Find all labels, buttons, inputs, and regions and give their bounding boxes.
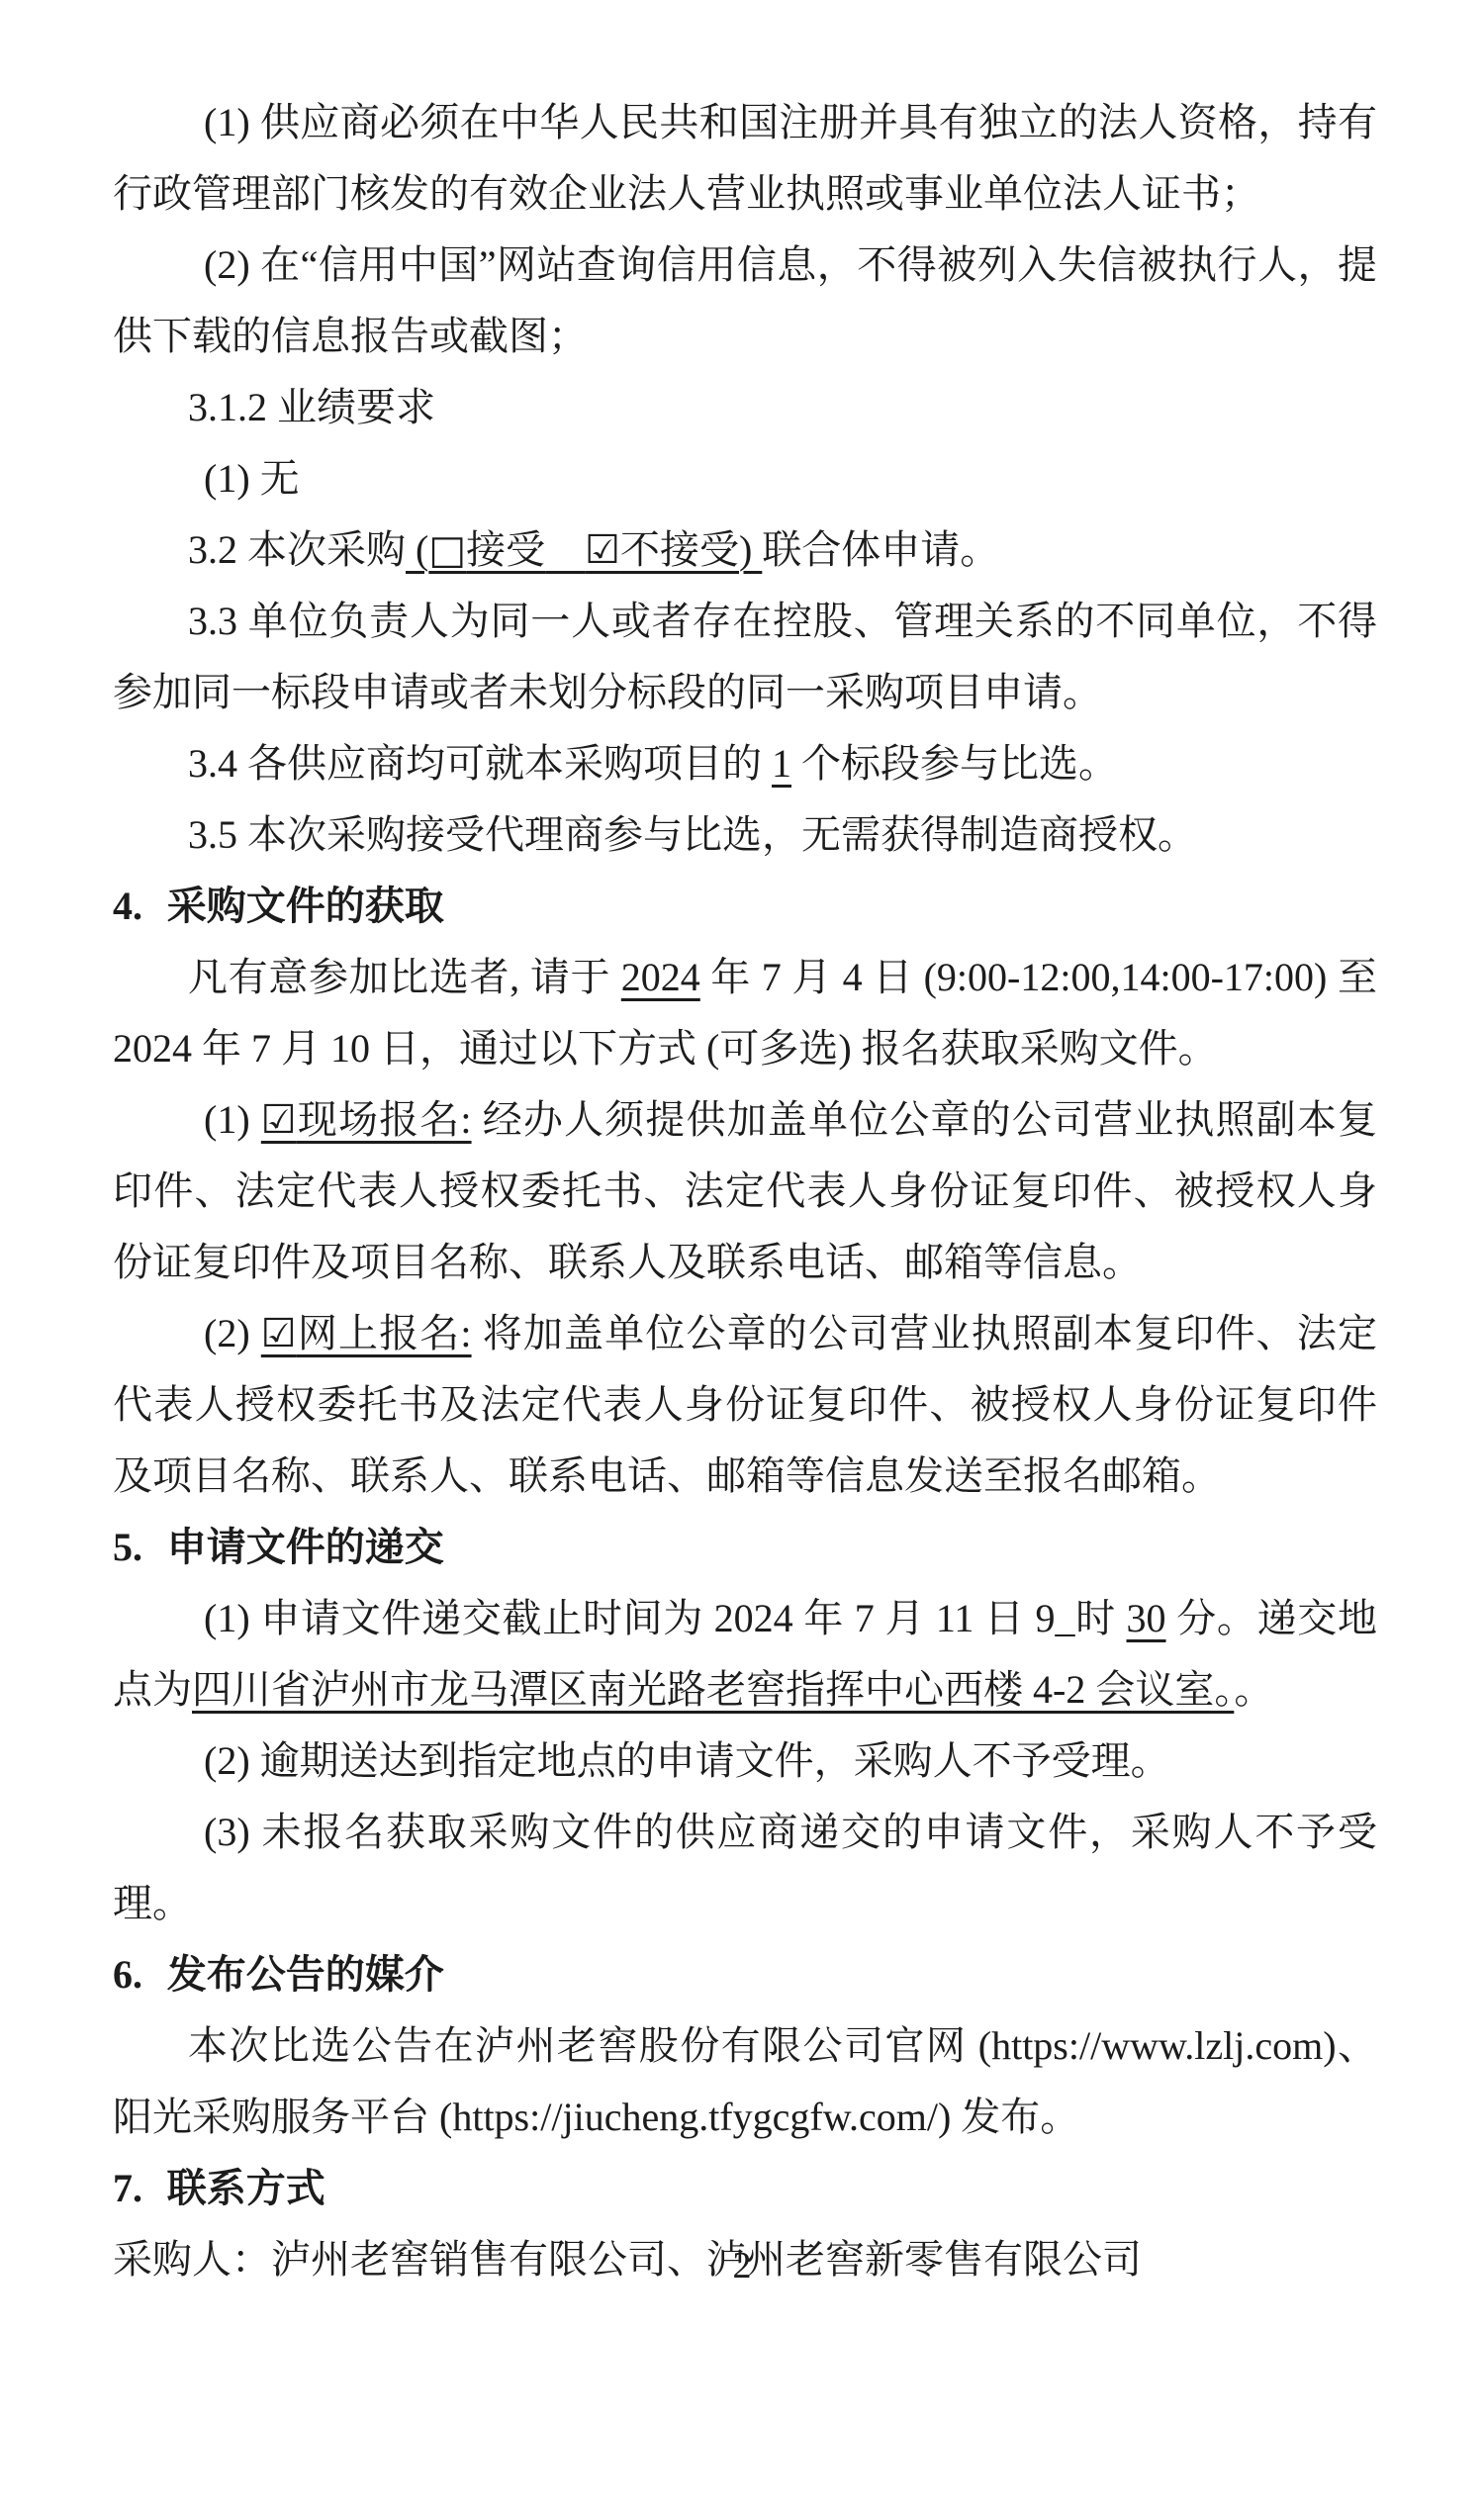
document-body: (1) 供应商必须在中华人民共和国注册并具有独立的法人资格，持有行政管理部门核发…: [113, 87, 1377, 2295]
close-paren: ): [739, 527, 762, 572]
onsite-registration-label: 现场报名:: [297, 1097, 472, 1142]
clause-3-4-suffix: 个标段参与比选。: [791, 741, 1118, 786]
clause-5-deadline-and-location: (1) 申请文件递交截止时间为 2024 年 7 月 11 日 9_时 30 分…: [113, 1583, 1377, 1725]
minute-underlined: 30: [1127, 1596, 1166, 1640]
section-5-number: 5.: [113, 1525, 142, 1569]
unchecked-checkbox-icon: □: [428, 527, 466, 573]
section-4-number: 4.: [113, 884, 142, 928]
section-4-heading: 4.采购文件的获取: [113, 871, 1377, 942]
page-number: 2: [0, 2244, 1484, 2287]
clause-4-onsite-registration: (1) ☑现场报名: 经办人须提供加盖单位公章的公司营业执照副本复印件、法定代表…: [113, 1084, 1377, 1298]
media-suffix: ) 发布。: [938, 2095, 1079, 2139]
clause-3-2-consortium: 3.2 本次采购 (□接受 ☑不接受) 联合体申请。: [113, 514, 1377, 586]
media-prefix: 本次比选公告在泸州老窖股份有限公司官网 (: [188, 2023, 991, 2068]
clause-3-1-2-performance-requirement: 3.1.2 业绩要求: [113, 372, 1377, 443]
clause-4-prefix: 凡有意参加比选者, 请于: [188, 955, 621, 999]
option-gap: [545, 527, 585, 572]
section-7-heading: 7.联系方式: [113, 2153, 1377, 2224]
clause-3-2-suffix: 联合体申请。: [762, 527, 999, 572]
submission-address-underlined: 四川省泸州市龙马潭区南光路老窖指挥中心西楼 4-2 会议室。: [192, 1667, 1234, 1712]
accept-label: 接受: [466, 527, 545, 572]
clause-3-4-prefix: 3.4 各供应商均可就本采购项目的: [188, 741, 772, 786]
clause-4-registration-period: 凡有意参加比选者, 请于 2024 年 7 月 4 日 (9:00-12:00,…: [113, 942, 1377, 1084]
onsite-registration-underlined: ☑现场报名:: [261, 1097, 472, 1142]
section-7-title: 联系方式: [167, 2166, 325, 2210]
year-underlined: 2024: [621, 955, 700, 999]
checked-checkbox-icon: ☑: [585, 527, 620, 573]
deadline-prefix: (1) 申请文件递交截止时间为 2024 年 7 月 11 日 9_时: [204, 1596, 1127, 1640]
lot-count-underlined: 1: [772, 741, 791, 786]
official-site-url: https://www.lzlj.com: [991, 2023, 1323, 2068]
not-accept-label: 不接受: [620, 527, 739, 572]
item-number: (1): [204, 1097, 261, 1142]
online-registration-label: 网上报名:: [297, 1311, 472, 1355]
section-5-title: 申请文件的递交: [167, 1525, 444, 1569]
section-6-heading: 6.发布公告的媒介: [113, 1939, 1377, 2010]
open-paren: (: [406, 527, 428, 572]
online-registration-underlined: ☑网上报名:: [261, 1311, 472, 1355]
procurement-platform-url: https://jiucheng.tfygcgfw.com/: [452, 2095, 938, 2139]
clause-5-late-submission: (2) 逾期送达到指定地点的申请文件，采购人不予受理。: [113, 1725, 1377, 1797]
section-6-title: 发布公告的媒介: [167, 1952, 444, 1997]
clause-6-announcement-media: 本次比选公告在泸州老窖股份有限公司官网 (https://www.lzlj.co…: [113, 2010, 1377, 2153]
clause-credit-china: (2) 在“信用中国”网站查询信用信息，不得被列入失信被执行人，提供下载的信息报…: [113, 230, 1377, 372]
section-6-number: 6.: [113, 1952, 142, 1997]
deadline-suffix: 。: [1234, 1667, 1273, 1712]
clause-3-2-prefix: 3.2 本次采购: [188, 527, 406, 572]
clause-5-unregistered-submission: (3) 未报名获取采购文件的供应商递交的申请文件，采购人不予受理。: [113, 1797, 1377, 1939]
section-7-number: 7.: [113, 2166, 142, 2210]
consortium-options-underlined: (□接受 ☑不接受): [406, 527, 762, 572]
section-4-title: 采购文件的获取: [167, 884, 444, 928]
clause-3-3-same-controller: 3.3 单位负责人为同一人或者存在控股、管理关系的不同单位，不得参加同一标段申请…: [113, 586, 1377, 728]
clause-3-4-lot-count: 3.4 各供应商均可就本采购项目的 1 个标段参与比选。: [113, 728, 1377, 799]
section-5-heading: 5.申请文件的递交: [113, 1512, 1377, 1583]
clause-4-online-registration: (2) ☑网上报名: 将加盖单位公章的公司营业执照副本复印件、法定代表人授权委托…: [113, 1298, 1377, 1512]
clause-3-5-agent-allowed: 3.5 本次采购接受代理商参与比选，无需获得制造商授权。: [113, 799, 1377, 871]
clause-3-1-2-item-none: (1) 无: [113, 443, 1377, 514]
checked-checkbox-icon: ☑: [261, 1311, 297, 1356]
item-number: (2): [204, 1311, 261, 1355]
checked-checkbox-icon: ☑: [261, 1097, 297, 1143]
clause-supplier-qualification: (1) 供应商必须在中华人民共和国注册并具有独立的法人资格，持有行政管理部门核发…: [113, 87, 1377, 230]
